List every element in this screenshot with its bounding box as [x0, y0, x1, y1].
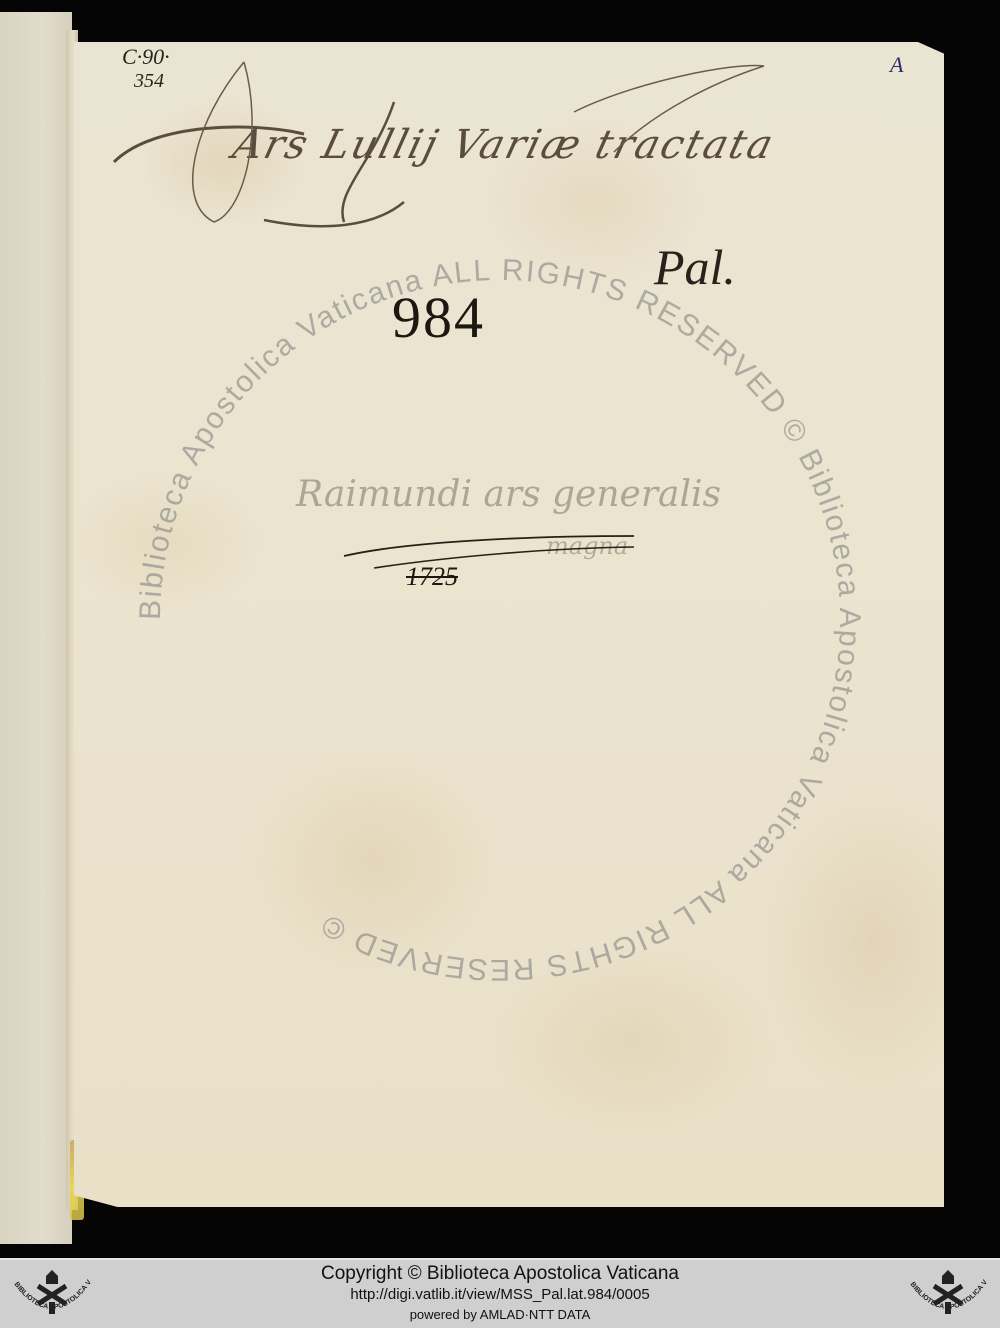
corner-letter: A: [890, 52, 903, 78]
shelfmark-prefix: Pal.: [654, 238, 736, 296]
copyright-text: Copyright © Biblioteca Apostolica Vatica…: [0, 1263, 1000, 1285]
source-url[interactable]: http://digi.vatlib.it/view/MSS_Pal.lat.9…: [0, 1285, 1000, 1305]
old-shelfmark-line1: C·90·: [122, 44, 170, 70]
shelfmark-number: 984: [392, 284, 485, 351]
pencil-note-line1: Raimundi ars generalis: [296, 474, 721, 515]
vatican-library-seal-icon: BIBLIOTECA APOSTOLICA VATICANA: [2, 1264, 102, 1326]
old-shelfmark-line2: 354: [134, 70, 164, 93]
flyleaf: [0, 12, 72, 1244]
pencil-note-line2: magna: [546, 532, 628, 560]
powered-by-text: powered by AMLAD·NTT DATA: [0, 1306, 1000, 1324]
copyright-footer: BIBLIOTECA APOSTOLICA VATICANA Copyright…: [0, 1258, 1000, 1328]
manuscript-image-viewer: C·90· 354 Ars Lullij Variæ tractata A 98…: [0, 0, 1000, 1258]
struck-number: 1725: [406, 562, 458, 592]
title-inscription: Ars Lullij Variæ tractata: [228, 122, 779, 168]
svg-text:BIBLIOTECA APOSTOLICA VATICANA: BIBLIOTECA APOSTOLICA VATICANA: [898, 1264, 989, 1311]
title-flourish: [74, 42, 944, 302]
vatican-library-seal-icon: BIBLIOTECA APOSTOLICA VATICANA: [898, 1264, 998, 1326]
manuscript-page: C·90· 354 Ars Lullij Variæ tractata A 98…: [74, 42, 944, 1207]
svg-text:BIBLIOTECA APOSTOLICA VATICANA: BIBLIOTECA APOSTOLICA VATICANA: [2, 1264, 93, 1311]
